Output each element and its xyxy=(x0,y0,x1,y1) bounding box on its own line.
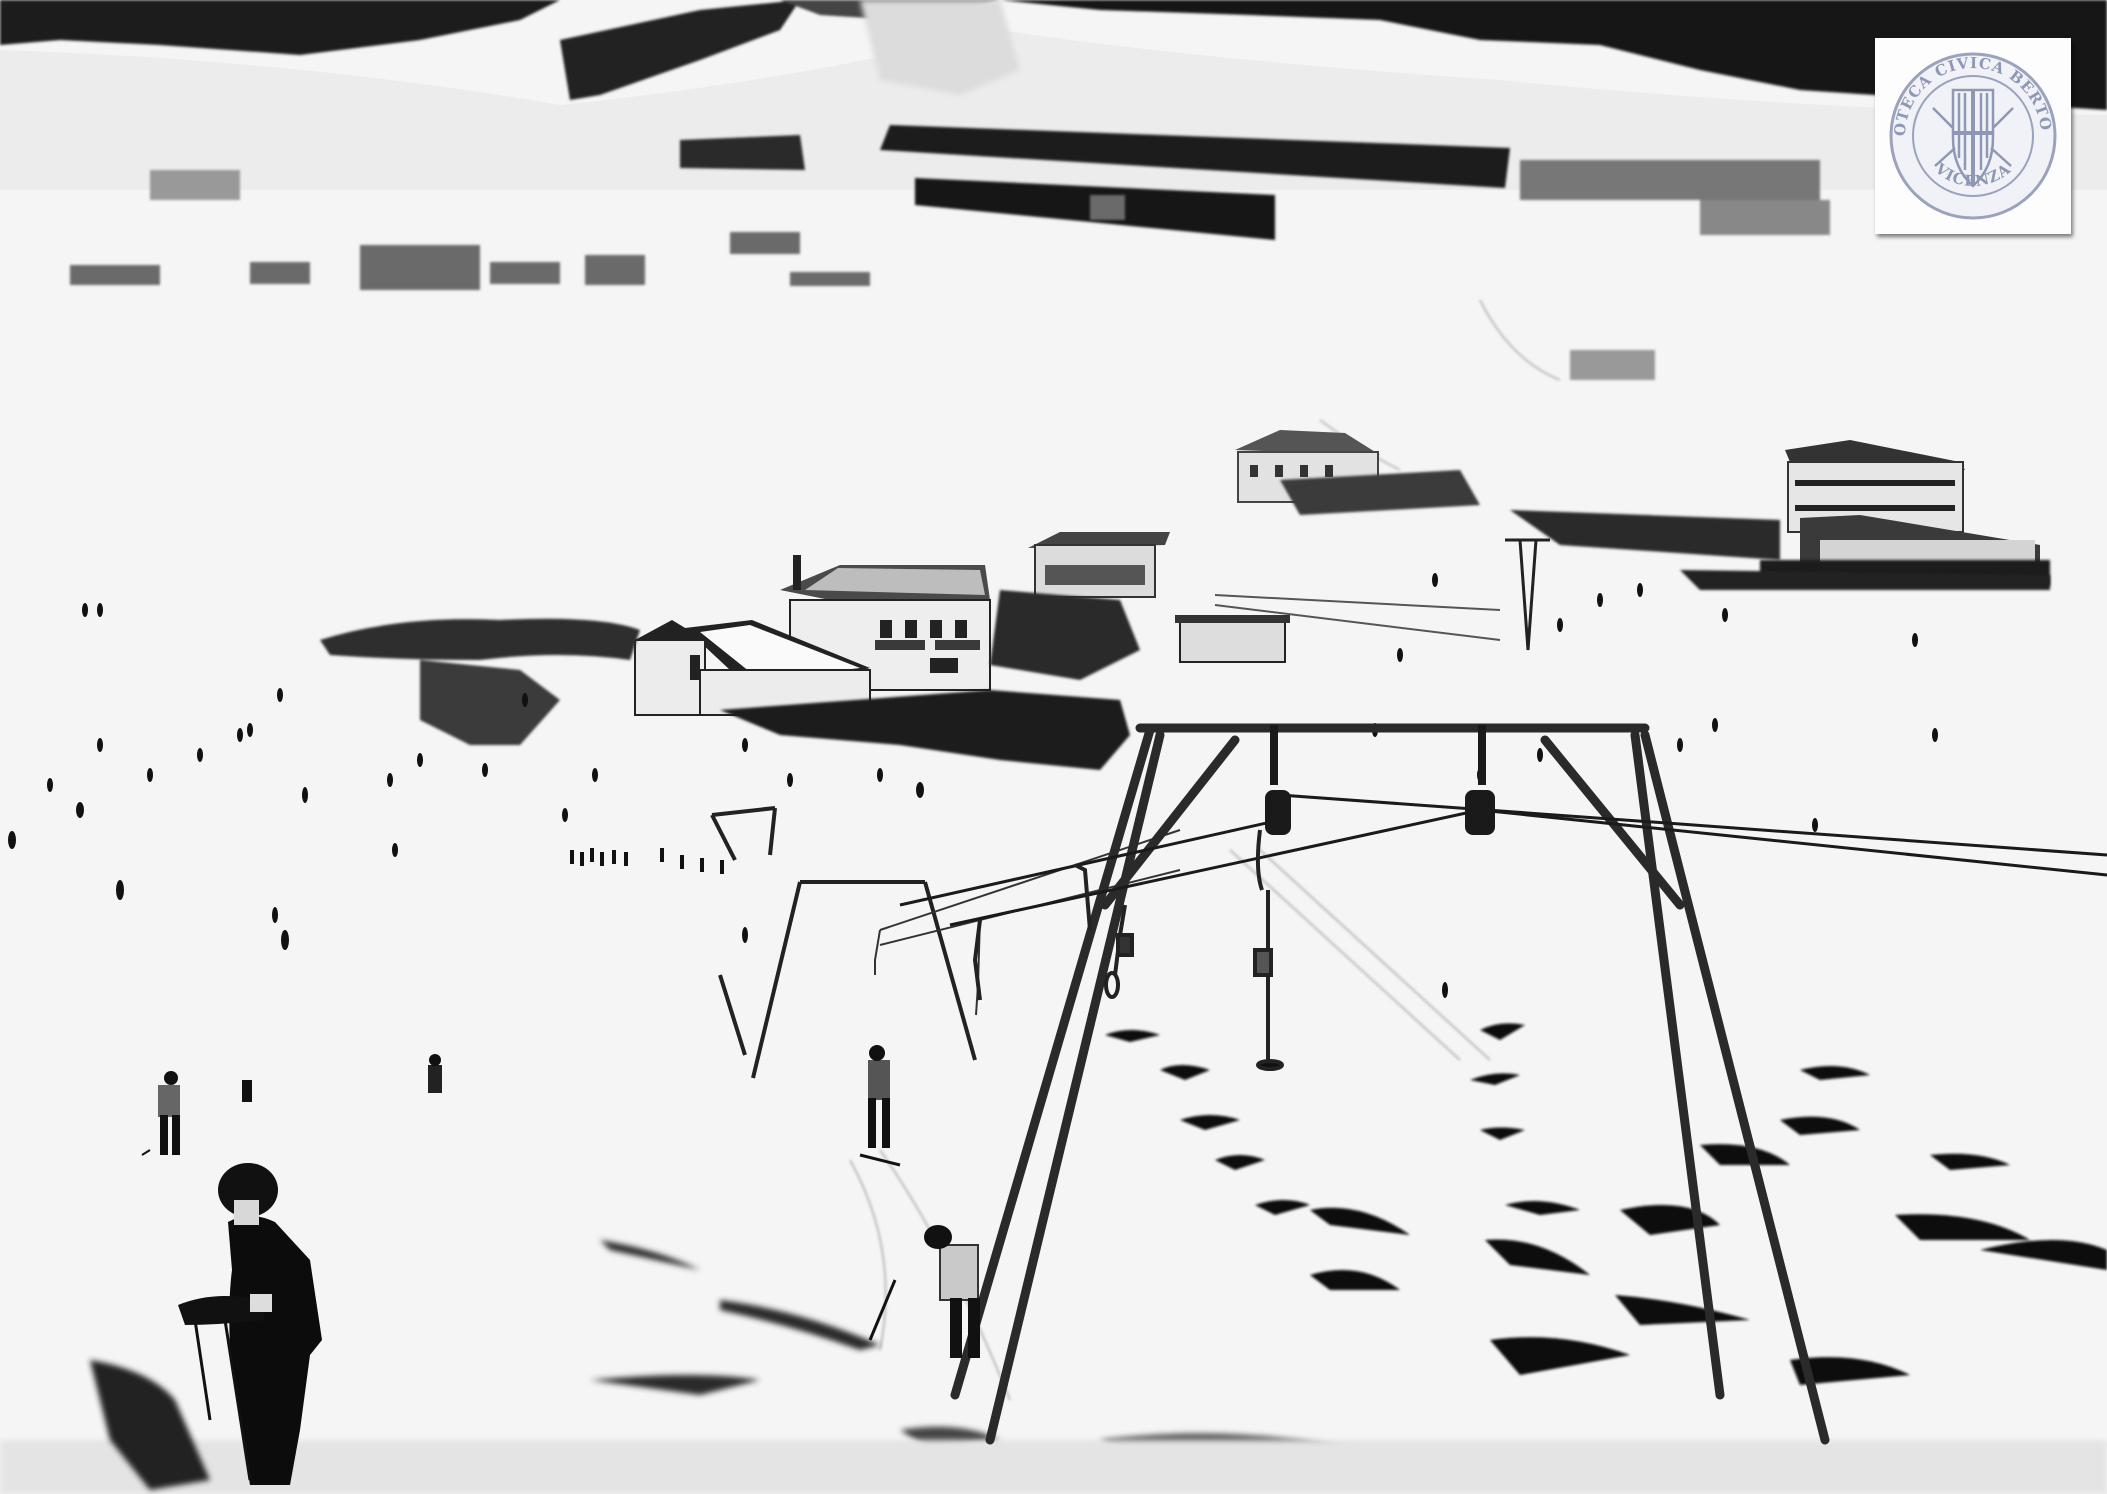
small-hut xyxy=(1175,615,1290,662)
ski-slope-photo xyxy=(0,0,2107,1494)
lift-station xyxy=(1028,532,1170,597)
library-stamp: BIBLIOTECA CIVICA BERTOLIANA VICENZA xyxy=(1875,38,2071,234)
